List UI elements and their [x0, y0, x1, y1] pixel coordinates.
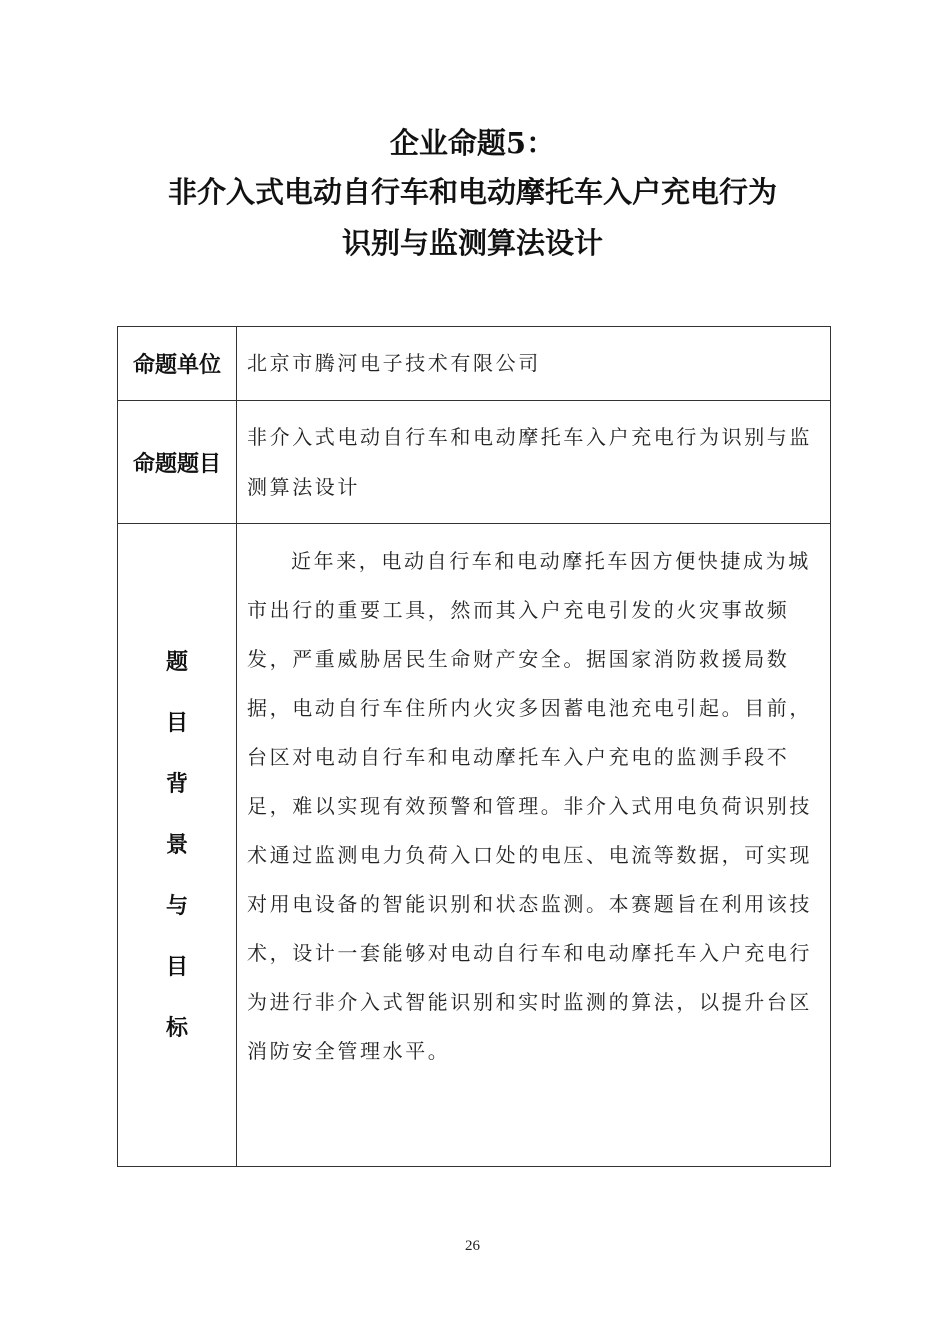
table-row-topic: 命题题目 非介入式电动自行车和电动摩托车入户充电行为识别与监测算法设计	[118, 401, 831, 524]
value-background-goals: 近年来，电动自行车和电动摩托车因方便快捷成为城市出行的重要工具，然而其入户充电引…	[237, 524, 831, 1167]
label-char: 目	[166, 693, 188, 754]
label-background-goals: 题 目 背 景 与 目 标	[118, 524, 237, 1167]
table-row-unit: 命题单位 北京市腾河电子技术有限公司	[118, 327, 831, 401]
label-char: 题	[166, 632, 188, 693]
label-char: 景	[166, 815, 188, 876]
proposing-unit-text: 北京市腾河电子技术有限公司	[247, 339, 822, 388]
label-char: 标	[166, 998, 188, 1059]
label-char: 背	[166, 754, 188, 815]
page-number: 26	[0, 1238, 945, 1255]
topic-title-text: 非介入式电动自行车和电动摩托车入户充电行为识别与监测算法设计	[247, 412, 822, 512]
document-title-line-3: 识别与监测算法设计	[0, 221, 945, 262]
value-proposing-unit: 北京市腾河电子技术有限公司	[237, 327, 831, 401]
proposal-table: 命题单位 北京市腾河电子技术有限公司 命题题目 非介入式电动自行车和电动摩托车入…	[117, 326, 831, 1167]
label-topic-title: 命题题目	[118, 401, 237, 524]
background-paragraph: 近年来，电动自行车和电动摩托车因方便快捷成为城市出行的重要工具，然而其入户充电引…	[247, 537, 822, 1076]
document-title-line-2: 非介入式电动自行车和电动摩托车入户充电行为	[0, 170, 945, 211]
label-char: 与	[166, 876, 188, 937]
value-topic-title: 非介入式电动自行车和电动摩托车入户充电行为识别与监测算法设计	[237, 401, 831, 524]
document-title-line-1: 企业命题5：	[0, 121, 945, 162]
label-char: 目	[166, 937, 188, 998]
table-row-background: 题 目 背 景 与 目 标 近年来，电动自行车和电动摩托车因方便快捷成为城市出行…	[118, 524, 831, 1167]
vertical-label: 题 目 背 景 与 目 标	[118, 632, 236, 1059]
label-proposing-unit: 命题单位	[118, 327, 237, 401]
